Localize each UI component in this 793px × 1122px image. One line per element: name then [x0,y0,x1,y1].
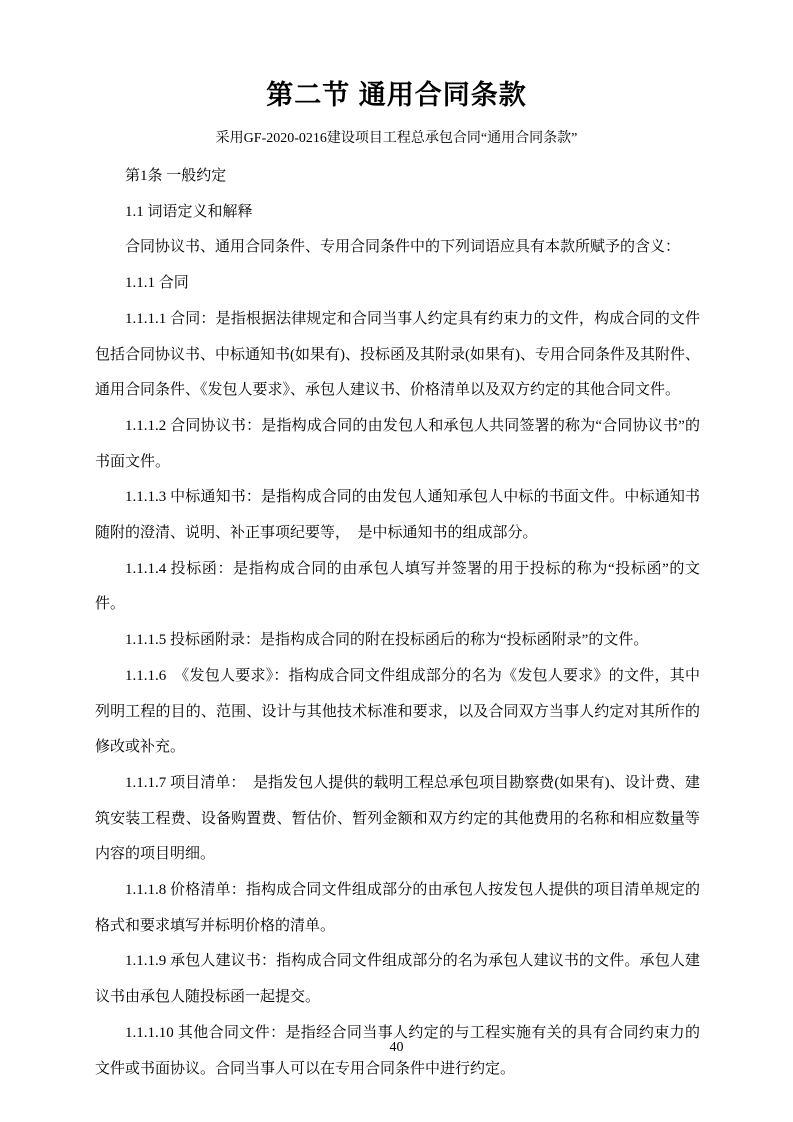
definition-paragraph: 1.1.1.5 投标函附录：是指构成合同的附在投标函后的称为“投标函附录”的文件… [95,623,700,659]
definition-paragraph: 1.1.1.6 《发包人要求》：指构成合同文件组成部分的名为《发包人要求》的文件… [95,659,700,766]
section-subtitle: 采用GF-2020-0216建设项目工程总承包合同“通用合同条款” [0,129,793,148]
document-page: 第二节 通用合同条款 采用GF-2020-0216建设项目工程总承包合同“通用合… [0,0,793,1122]
definition-paragraph: 1.1.1.4 投标函：是指构成合同的由承包人填写并签署的用于投标的称为“投标函… [95,552,700,623]
definition-paragraph: 1.1.1.3 中标通知书：是指构成合同的由发包人通知承包人中标的书面文件。中标… [95,480,700,551]
document-body: 第1条 一般约定 1.1 词语定义和解释 合同协议书、通用合同条件、专用合同条件… [95,159,700,1087]
section-title: 第二节 通用合同条款 [0,0,793,112]
paragraph: 合同协议书、通用合同条件、专用合同条件中的下列词语应具有本款所赋予的含义： [95,230,700,266]
subclause-heading: 1.1.1 合同 [95,266,700,302]
definition-paragraph: 1.1.1.1 合同：是指根据法律规定和合同当事人约定具有约束力的文件，构成合同… [95,302,700,409]
definition-paragraph: 1.1.1.2 合同协议书：是指构成合同的由发包人和承包人共同签署的称为“合同协… [95,409,700,480]
clause-heading: 第1条 一般约定 [95,159,700,195]
definition-paragraph: 1.1.1.7 项目清单： 是指发包人提供的载明工程总承包项目勘察费(如果有)、… [95,766,700,873]
definition-paragraph: 1.1.1.8 价格清单：指构成合同文件组成部分的由承包人按发包人提供的项目清单… [95,873,700,944]
page-number: 40 [0,1040,793,1056]
definition-paragraph: 1.1.1.9 承包人建议书：指构成合同文件组成部分的名为承包人建议书的文件。承… [95,944,700,1015]
subclause-heading: 1.1 词语定义和解释 [95,195,700,231]
